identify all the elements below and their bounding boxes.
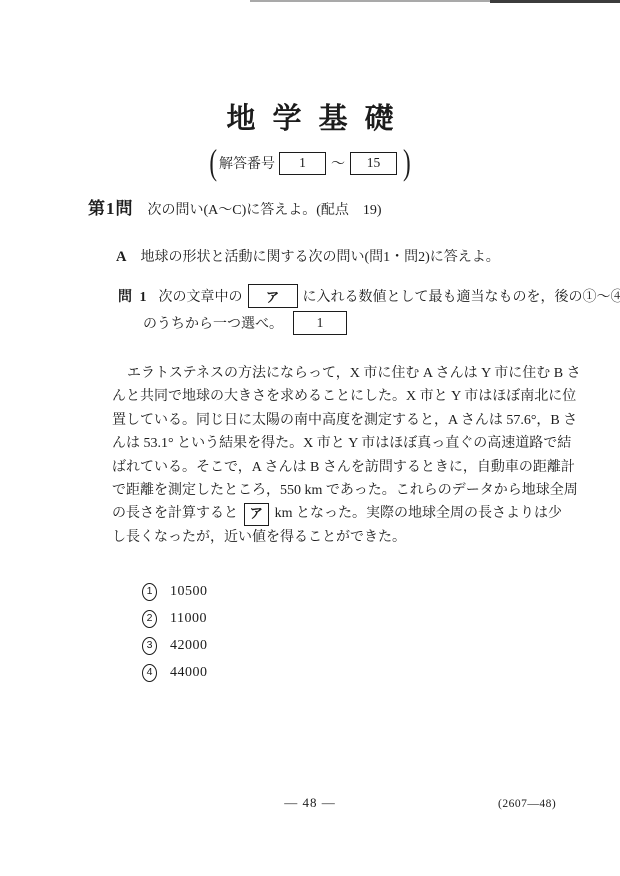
option-2-value: 11000: [170, 611, 207, 627]
page-title: 地学基礎: [0, 96, 620, 137]
sub-question-1-text-before: 次の文章中の: [159, 286, 243, 306]
answer-number-to-box: 15: [350, 152, 397, 175]
option-row-3: 3 42000: [142, 632, 208, 659]
passage-line7-before: の長さを計算すると: [112, 502, 238, 525]
option-3-value: 42000: [170, 638, 208, 654]
answer-slot-1-box: 1: [293, 311, 347, 335]
exam-page: 地学基礎 ( 解答番号 1 ～ 15 ) 第1問 次の問い(A～C)に答えよ。(…: [0, 0, 620, 876]
close-paren: ): [401, 132, 413, 194]
sub-question-1-line1: 問 1 次の文章中の ア に入れる数値として最も適当なものを，後の①～④: [118, 284, 620, 308]
passage-line-with-blank: の長さを計算すると ア km となった。実際の地球全周の長さよりは少: [112, 502, 562, 525]
answer-number-row: ( 解答番号 1 ～ 15 ): [0, 143, 620, 183]
question-1-number: 第1問: [88, 194, 134, 219]
passage-line: エラトステネスの方法にならって，X 市に住む A さんは Y 市に住む B さ: [112, 362, 562, 385]
passage-line: んは 53.1° という結果を得た。X 市と Y 市はほぼ真っ直ぐの高速道路で結: [112, 432, 562, 455]
passage-line7-after: km となった。実際の地球全周の長さよりは少: [275, 502, 562, 525]
sub-question-1-line2-text: のうちから一つ選べ。: [143, 313, 283, 333]
option-4-value: 44000: [170, 665, 208, 681]
scan-artifact-line-dark: [490, 0, 620, 3]
blank-a-box: ア: [248, 284, 298, 308]
circled-number-4-icon: 4: [142, 664, 157, 682]
section-a-label: A: [116, 249, 126, 266]
circled-number-2-icon: 2: [142, 610, 157, 628]
passage-line: 置している。同じ日に太陽の南中高度を測定すると，A さんは 57.6°，B さ: [112, 409, 562, 432]
open-paren: (: [207, 132, 219, 194]
circled-number-3-icon: 3: [142, 637, 157, 655]
sub-question-1-text-after: に入れる数値として最も適当なものを，後の①～④: [303, 286, 620, 306]
answer-number-label: 解答番号: [219, 153, 275, 173]
section-a-text: 地球の形状と活動に関する次の問い(問1・問2)に答えよ。: [140, 246, 499, 266]
circled-number-1-icon: 1: [142, 583, 157, 601]
passage-line: し長くなったが，近い値を得ることができた。: [112, 526, 562, 549]
option-list: 1 10500 2 11000 3 42000 4 44000: [142, 578, 208, 686]
question-1-header: 第1問 次の問い(A～C)に答えよ。(配点 19): [88, 194, 382, 219]
answer-number-from-box: 1: [279, 152, 326, 175]
option-row-1: 1 10500: [142, 578, 208, 605]
passage-line: んと共同で地球の大きさを求めることにした。X 市と Y 市はほぼ南北に位: [112, 385, 562, 408]
section-a: A 地球の形状と活動に関する次の問い(問1・問2)に答えよ。: [116, 246, 500, 266]
question-1-header-text: 次の問い(A～C)に答えよ。(配点 19): [148, 199, 382, 219]
folio-code: (2607—48): [498, 798, 556, 810]
option-row-4: 4 44000: [142, 659, 208, 686]
passage-line: ばれている。そこで，A さんは B さんを訪問するときに，自動車の距離計: [112, 456, 562, 479]
sub-question-1-line2: のうちから一つ選べ。 1: [143, 311, 347, 335]
option-row-2: 2 11000: [142, 605, 208, 632]
option-1-value: 10500: [170, 584, 208, 600]
passage: エラトステネスの方法にならって，X 市に住む A さんは Y 市に住む B さ …: [112, 362, 562, 549]
tilde: ～: [330, 153, 346, 173]
sub-question-1-label: 問 1: [118, 286, 149, 306]
passage-line: で距離を測定したところ，550 km であった。これらのデータから地球全周: [112, 479, 562, 502]
blank-a-inline-box: ア: [244, 503, 269, 526]
